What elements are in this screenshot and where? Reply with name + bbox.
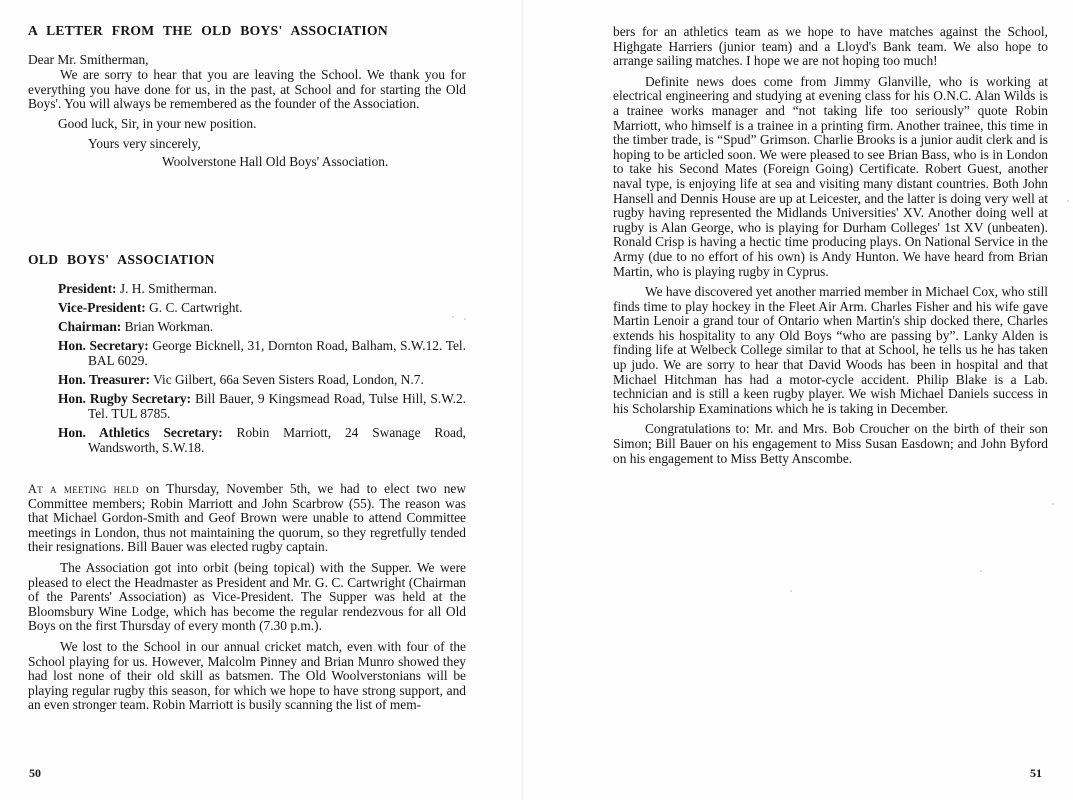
page-51: bers for an athletics team as we hope to… [524, 0, 1073, 800]
officer-details: J. H. Smitherman. [120, 281, 217, 296]
continued-paragraph: bers for an athletics team as we hope to… [613, 25, 1048, 69]
meeting-lead: At a meeting held [28, 482, 139, 496]
members-paragraph: We have discovered yet another married m… [613, 285, 1048, 416]
cricket-paragraph: We lost to the School in our annual cric… [28, 640, 466, 713]
scan-speck [412, 432, 414, 434]
news-paragraph: Definite news does come from Jimmy Glanv… [613, 75, 1048, 279]
officer-role: Hon. Athletics Secretary: [58, 425, 223, 440]
letter-signature: Woolverstone Hall Old Boys' Association. [28, 155, 466, 170]
officer-hon-secretary: Hon. Secretary: George Bicknell, 31, Dor… [58, 339, 466, 368]
officer-role: Hon. Rugby Secretary: [58, 391, 191, 406]
officer-hon-rugby-secretary: Hon. Rugby Secretary: Bill Bauer, 9 King… [58, 392, 466, 421]
officers-list: President: J. H. Smitherman. Vice-Presid… [28, 282, 466, 456]
officer-hon-athletics-secretary: Hon. Athletics Secretary: Robin Marriott… [58, 426, 466, 455]
supper-paragraph: The Association got into orbit (being to… [28, 561, 466, 634]
officer-role: Hon. Treasurer: [58, 372, 150, 387]
officer-president: President: J. H. Smitherman. [58, 282, 466, 297]
officer-chairman: Chairman: Brian Workman. [58, 320, 466, 335]
page-50: A LETTER FROM THE OLD BOYS' ASSOCIATION … [0, 0, 521, 800]
page-number-left: 50 [29, 766, 41, 781]
scan-speck [980, 570, 982, 572]
letter-valediction: Yours very sincerely, [28, 137, 466, 152]
letter-body: We are sorry to hear that you are leavin… [28, 68, 466, 112]
association-heading: OLD BOYS' ASSOCIATION [28, 253, 466, 268]
right-page-text: bers for an athletics team as we hope to… [613, 25, 1048, 466]
letter-section: A LETTER FROM THE OLD BOYS' ASSOCIATION … [28, 24, 466, 170]
officer-role: Vice-President: [58, 300, 146, 315]
scan-speck [452, 316, 454, 318]
scan-speck [1052, 503, 1054, 505]
scan-speck [464, 318, 466, 320]
association-news: At a meeting held on Thursday, November … [28, 482, 466, 713]
letter-heading: A LETTER FROM THE OLD BOYS' ASSOCIATION [28, 24, 466, 39]
officer-role: President: [58, 281, 117, 296]
letter-salutation: Dear Mr. Smitherman, [28, 53, 466, 68]
association-section: OLD BOYS' ASSOCIATION President: J. H. S… [28, 253, 466, 460]
officer-role: Chairman: [58, 319, 121, 334]
letter-closing: Good luck, Sir, in your new position. [28, 117, 466, 132]
congratulations-paragraph: Congratulations to: Mr. and Mrs. Bob Cro… [613, 422, 1048, 466]
meeting-paragraph: At a meeting held on Thursday, November … [28, 482, 466, 555]
officer-hon-treasurer: Hon. Treasurer: Vic Gilbert, 66a Seven S… [58, 373, 466, 388]
scan-speck [1067, 200, 1069, 202]
officer-details: Brian Workman. [125, 319, 214, 334]
officer-role: Hon. Secretary: [58, 338, 149, 353]
officer-vice-president: Vice-President: G. C. Cartwright. [58, 301, 466, 316]
scan-speck [790, 590, 792, 592]
officer-details: Vic Gilbert, 66a Seven Sisters Road, Lon… [153, 372, 424, 387]
officer-details: G. C. Cartwright. [149, 300, 242, 315]
page-number-right: 51 [1030, 766, 1042, 781]
magazine-spread: A LETTER FROM THE OLD BOYS' ASSOCIATION … [0, 0, 1073, 800]
